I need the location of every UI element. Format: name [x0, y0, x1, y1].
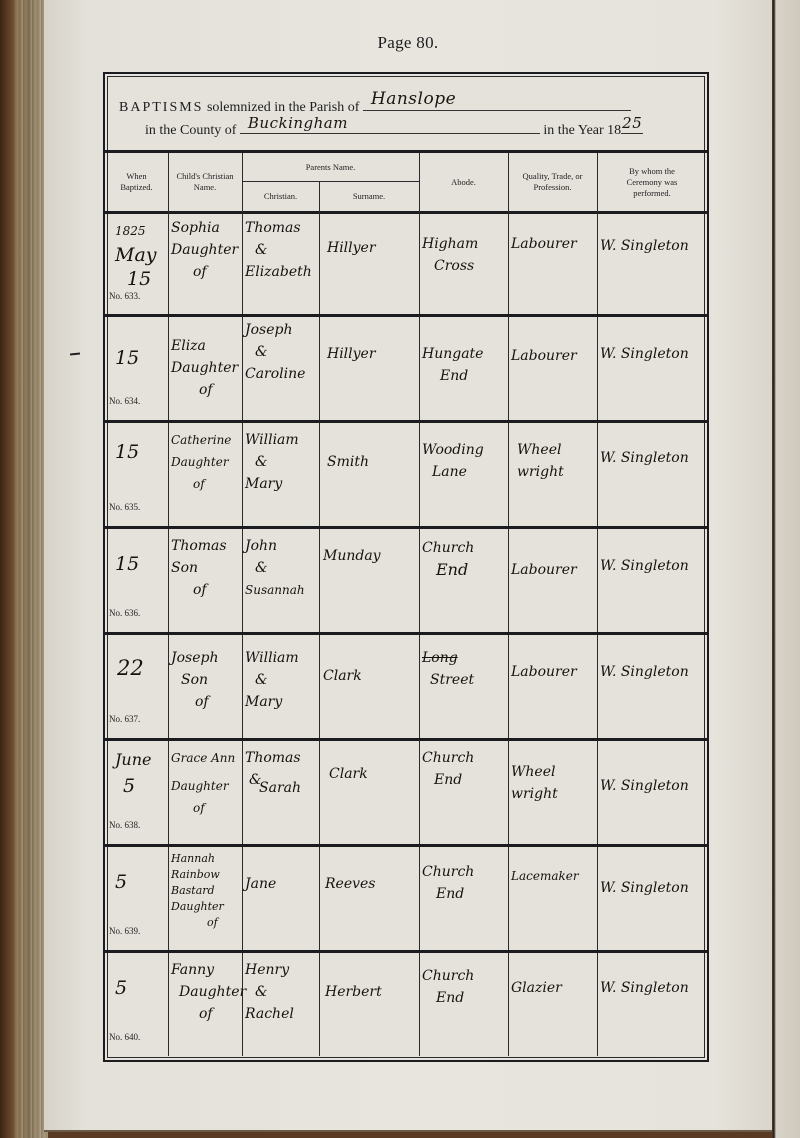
quality-line2: wright — [511, 783, 595, 805]
parent-father: Thomas — [245, 217, 317, 239]
child-name: Fanny — [171, 959, 240, 981]
adjacent-page-edge — [772, 0, 800, 1138]
cell-child-name: Fanny Daughter of — [168, 953, 242, 1056]
parent-father: Henry — [245, 959, 317, 981]
county-field: Buckingham — [240, 117, 540, 134]
parent-mother: Elizabeth — [245, 261, 317, 283]
date-year: 1825 — [115, 224, 146, 238]
date-day: 15 — [115, 439, 166, 465]
parent-mother: Caroline — [245, 363, 317, 385]
cell-officiant: W. Singleton — [597, 529, 707, 632]
cell-quality-trade: Wheel wright — [508, 741, 597, 844]
child-of: of — [171, 261, 240, 283]
cell-surname: Hillyer — [319, 211, 419, 314]
parent-ampersand: & — [245, 557, 317, 579]
heading-line-county: in the County of Buckingham in the Year … — [145, 117, 643, 139]
abode-line1: Higham — [422, 233, 506, 255]
table-header: When Baptized. Child's Christian Name. P… — [105, 150, 707, 214]
table-row: 15 No. 635. Catherine Daughter of Willia… — [105, 423, 707, 529]
abode-line2: End — [422, 769, 506, 791]
parish-value: Hanslope — [371, 89, 456, 109]
parent-ampersand: & — [245, 451, 317, 473]
cell-quality-trade: Labourer — [508, 529, 597, 632]
cell-when-baptized: 15 No. 635. — [105, 423, 168, 526]
header-quality-label: Quality, Trade, or Profession. — [522, 171, 584, 193]
cell-surname: Clark — [319, 635, 419, 738]
abode-line1: Church — [422, 965, 506, 987]
cell-child-name: Catherine Daughter of — [168, 423, 242, 526]
cell-abode: Long Street — [419, 635, 508, 738]
cell-when-baptized: June 5 No. 638. — [105, 741, 168, 844]
abode-line2: Street — [422, 669, 506, 691]
header-abode: Abode. — [419, 153, 508, 211]
child-relation: Daughter — [171, 239, 240, 261]
header-when-baptized: When Baptized. — [105, 153, 168, 211]
quality-line1: Labourer — [511, 661, 595, 683]
child-relation: Daughter — [171, 769, 240, 797]
table-row: 22 No. 637. Joseph Son of William & Mary… — [105, 635, 707, 741]
register-entries: 1825 May 15 No. 633. Sophia Daughter of … — [105, 211, 707, 1060]
child-name: Catherine — [171, 429, 240, 451]
child-relation: Son — [171, 669, 240, 691]
child-of: of — [171, 379, 240, 401]
parent-father: William — [245, 647, 317, 669]
abode-line2: End — [422, 365, 506, 387]
header-parents-name: Parents Name. — [242, 153, 419, 182]
parent-ampersand: & — [245, 341, 317, 363]
date-day: 5 — [115, 975, 166, 1001]
entry-number: No. 639. — [109, 918, 140, 944]
page-edges — [14, 0, 48, 1138]
child-relation: Daughter — [171, 451, 240, 473]
date-day: 5 — [115, 773, 166, 799]
parent-father: Thomas — [245, 747, 317, 769]
parent-father: John — [245, 535, 317, 557]
cell-parents-christian: Thomas & Sarah — [242, 741, 319, 844]
cell-child-name: Thomas Son of — [168, 529, 242, 632]
entry-number: No. 640. — [109, 1024, 140, 1050]
cell-abode: Church End — [419, 847, 508, 950]
heading-baptisms: BAPTISMS — [119, 100, 203, 115]
child-of: of — [171, 1003, 240, 1025]
cell-abode: Church End — [419, 529, 508, 632]
abode-line1: Wooding — [422, 439, 506, 461]
child-of: of — [171, 579, 240, 601]
cell-surname: Munday — [319, 529, 419, 632]
quality-line1: Labourer — [511, 559, 595, 581]
table-row: 5 No. 640. Fanny Daughter of Henry & Rac… — [105, 953, 707, 1056]
page-number: Page 80. — [44, 33, 772, 53]
child-of: of — [171, 915, 240, 931]
child-relation: Daughter — [171, 357, 240, 379]
parent-father: Joseph — [245, 319, 317, 341]
abode-line2: End — [422, 883, 506, 905]
quality-line1: Wheel — [511, 761, 595, 783]
parent-mother: Rachel — [245, 1003, 317, 1025]
child-relation: Daughter — [171, 899, 240, 915]
parish-field: Hanslope — [363, 94, 631, 111]
cell-officiant: W. Singleton — [597, 211, 707, 314]
table-row: June 5 No. 638. Grace Ann Daughter of Th… — [105, 741, 707, 847]
child-name: Sophia — [171, 217, 240, 239]
cell-when-baptized: 5 No. 639. — [105, 847, 168, 950]
date-day: 15 — [115, 345, 166, 371]
parent-ampersand: & — [245, 239, 317, 261]
date-day: 22 — [117, 655, 166, 681]
cell-officiant: W. Singleton — [597, 635, 707, 738]
cell-when-baptized: 1825 May 15 No. 633. — [105, 211, 168, 314]
header-officiant-label: By whom the Ceremony was performed. — [621, 166, 683, 199]
cell-child-name: Sophia Daughter of — [168, 211, 242, 314]
cell-abode: Higham Cross — [419, 211, 508, 314]
quality-line1: Glazier — [511, 977, 595, 999]
heading-line-parish: BAPTISMS solemnized in the Parish of Han… — [119, 94, 631, 116]
child-name: Joseph — [171, 647, 240, 669]
abode-line2: End — [422, 559, 506, 581]
child-relation: Son — [171, 557, 240, 579]
header-officiant: By whom the Ceremony was performed. — [597, 153, 707, 211]
child-of: of — [171, 691, 240, 713]
baptism-register-table: BAPTISMS solemnized in the Parish of Han… — [103, 72, 709, 1062]
parent-mother: Mary — [245, 473, 317, 495]
entry-number: No. 638. — [109, 812, 140, 838]
table-row: 5 No. 639. Hannah Rainbow Bastard Daught… — [105, 847, 707, 953]
entry-number: No. 636. — [109, 600, 140, 626]
cell-officiant: W. Singleton — [597, 317, 707, 420]
date-month: May — [115, 243, 166, 267]
abode-line2: Cross — [422, 255, 506, 277]
cell-surname: Clark — [319, 741, 419, 844]
cell-parents-christian: Jane — [242, 847, 319, 950]
child-name: Hannah — [171, 851, 240, 867]
table-row: 1825 May 15 No. 633. Sophia Daughter of … — [105, 211, 707, 317]
cell-when-baptized: 22 No. 637. — [105, 635, 168, 738]
abode-line2: End — [422, 987, 506, 1009]
header-parents-surname: Surname. — [319, 181, 419, 211]
date-day: 15 — [115, 551, 166, 577]
cell-abode: Hungate End — [419, 317, 508, 420]
abode-line2: Lane — [422, 461, 506, 483]
parent-ampersand: & — [245, 669, 317, 691]
year-value: 25 — [622, 114, 642, 132]
child-relation: Daughter — [171, 981, 240, 1003]
parent-mother: Susannah — [245, 579, 317, 601]
abode-line1: Long — [422, 647, 506, 669]
cell-child-name: Joseph Son of — [168, 635, 242, 738]
cell-officiant: W. Singleton — [597, 953, 707, 1056]
child-name: Grace Ann — [171, 747, 240, 769]
cell-surname: Hillyer — [319, 317, 419, 420]
cell-child-name: Eliza Daughter of — [168, 317, 242, 420]
cell-surname: Herbert — [319, 953, 419, 1056]
abode-line1: Church — [422, 537, 506, 559]
cell-parents-christian: Henry & Rachel — [242, 953, 319, 1056]
entry-number: No. 637. — [109, 706, 140, 732]
child-middle-name: Rainbow — [171, 867, 240, 883]
cell-when-baptized: 5 No. 640. — [105, 953, 168, 1056]
year-field: 25 — [621, 117, 643, 134]
cell-parents-christian: William & Mary — [242, 635, 319, 738]
child-of: of — [171, 473, 240, 495]
child-name: Eliza — [171, 335, 240, 357]
cell-parents-christian: Thomas & Elizabeth — [242, 211, 319, 314]
parent-mother: Jane — [245, 873, 317, 895]
header-quality-trade: Quality, Trade, or Profession. — [508, 153, 597, 211]
entry-number: No. 633. — [109, 284, 140, 308]
header-parents-christian: Christian. — [242, 181, 319, 211]
table-row: 15 No. 636. Thomas Son of John & Susanna… — [105, 529, 707, 635]
quality-line1: Labourer — [511, 345, 595, 367]
quality-line1: Lacemaker — [511, 865, 595, 887]
entry-number: No. 634. — [109, 388, 140, 414]
parent-mother: Mary — [245, 691, 317, 713]
cell-abode: Wooding Lane — [419, 423, 508, 526]
cell-officiant: W. Singleton — [597, 741, 707, 844]
quality-line1: Labourer — [511, 233, 595, 255]
header-child-name: Child's Christian Name. — [168, 153, 242, 211]
cell-quality-trade: Labourer — [508, 317, 597, 420]
cell-abode: Church End — [419, 741, 508, 844]
child-name: Thomas — [171, 535, 240, 557]
abode-line1: Hungate — [422, 343, 506, 365]
cell-when-baptized: 15 No. 634. — [105, 317, 168, 420]
table-row: 15 No. 634. Eliza Daughter of Joseph & C… — [105, 317, 707, 423]
cell-quality-trade: Glazier — [508, 953, 597, 1056]
heading-county-label: in the County of — [145, 123, 236, 138]
cell-officiant: W. Singleton — [597, 847, 707, 950]
child-status: Bastard — [171, 883, 240, 899]
cell-surname: Reeves — [319, 847, 419, 950]
abode-line1: Church — [422, 861, 506, 883]
cell-parents-christian: John & Susannah — [242, 529, 319, 632]
heading-year-label: in the Year 18 — [543, 123, 621, 138]
parent-father: William — [245, 429, 317, 451]
cell-quality-trade: Lacemaker — [508, 847, 597, 950]
abode-line1: Church — [422, 747, 506, 769]
cell-when-baptized: 15 No. 636. — [105, 529, 168, 632]
register-heading: BAPTISMS solemnized in the Parish of Han… — [115, 84, 697, 144]
cell-parents-christian: Joseph & Caroline — [242, 317, 319, 420]
cell-officiant: W. Singleton — [597, 423, 707, 526]
date-day: 5 — [115, 869, 166, 895]
header-when-label: When Baptized. — [115, 171, 159, 193]
cell-parents-christian: William & Mary — [242, 423, 319, 526]
child-of: of — [171, 797, 240, 819]
cell-child-name: Hannah Rainbow Bastard Daughter of — [168, 847, 242, 950]
cell-quality-trade: Labourer — [508, 635, 597, 738]
cell-quality-trade: Wheel wright — [508, 423, 597, 526]
cell-quality-trade: Labourer — [508, 211, 597, 314]
cell-surname: Smith — [319, 423, 419, 526]
cell-abode: Church End — [419, 953, 508, 1056]
quality-line2: wright — [511, 461, 595, 483]
entry-number: No. 635. — [109, 494, 140, 520]
header-child-label: Child's Christian Name. — [173, 171, 237, 193]
cell-child-name: Grace Ann Daughter of — [168, 741, 242, 844]
date-month: June — [115, 747, 166, 773]
parent-ampersand: & — [245, 981, 317, 1003]
county-value: Buckingham — [248, 114, 348, 132]
heading-solemnized: solemnized in the Parish of — [207, 100, 359, 115]
quality-line1: Wheel — [511, 439, 595, 461]
